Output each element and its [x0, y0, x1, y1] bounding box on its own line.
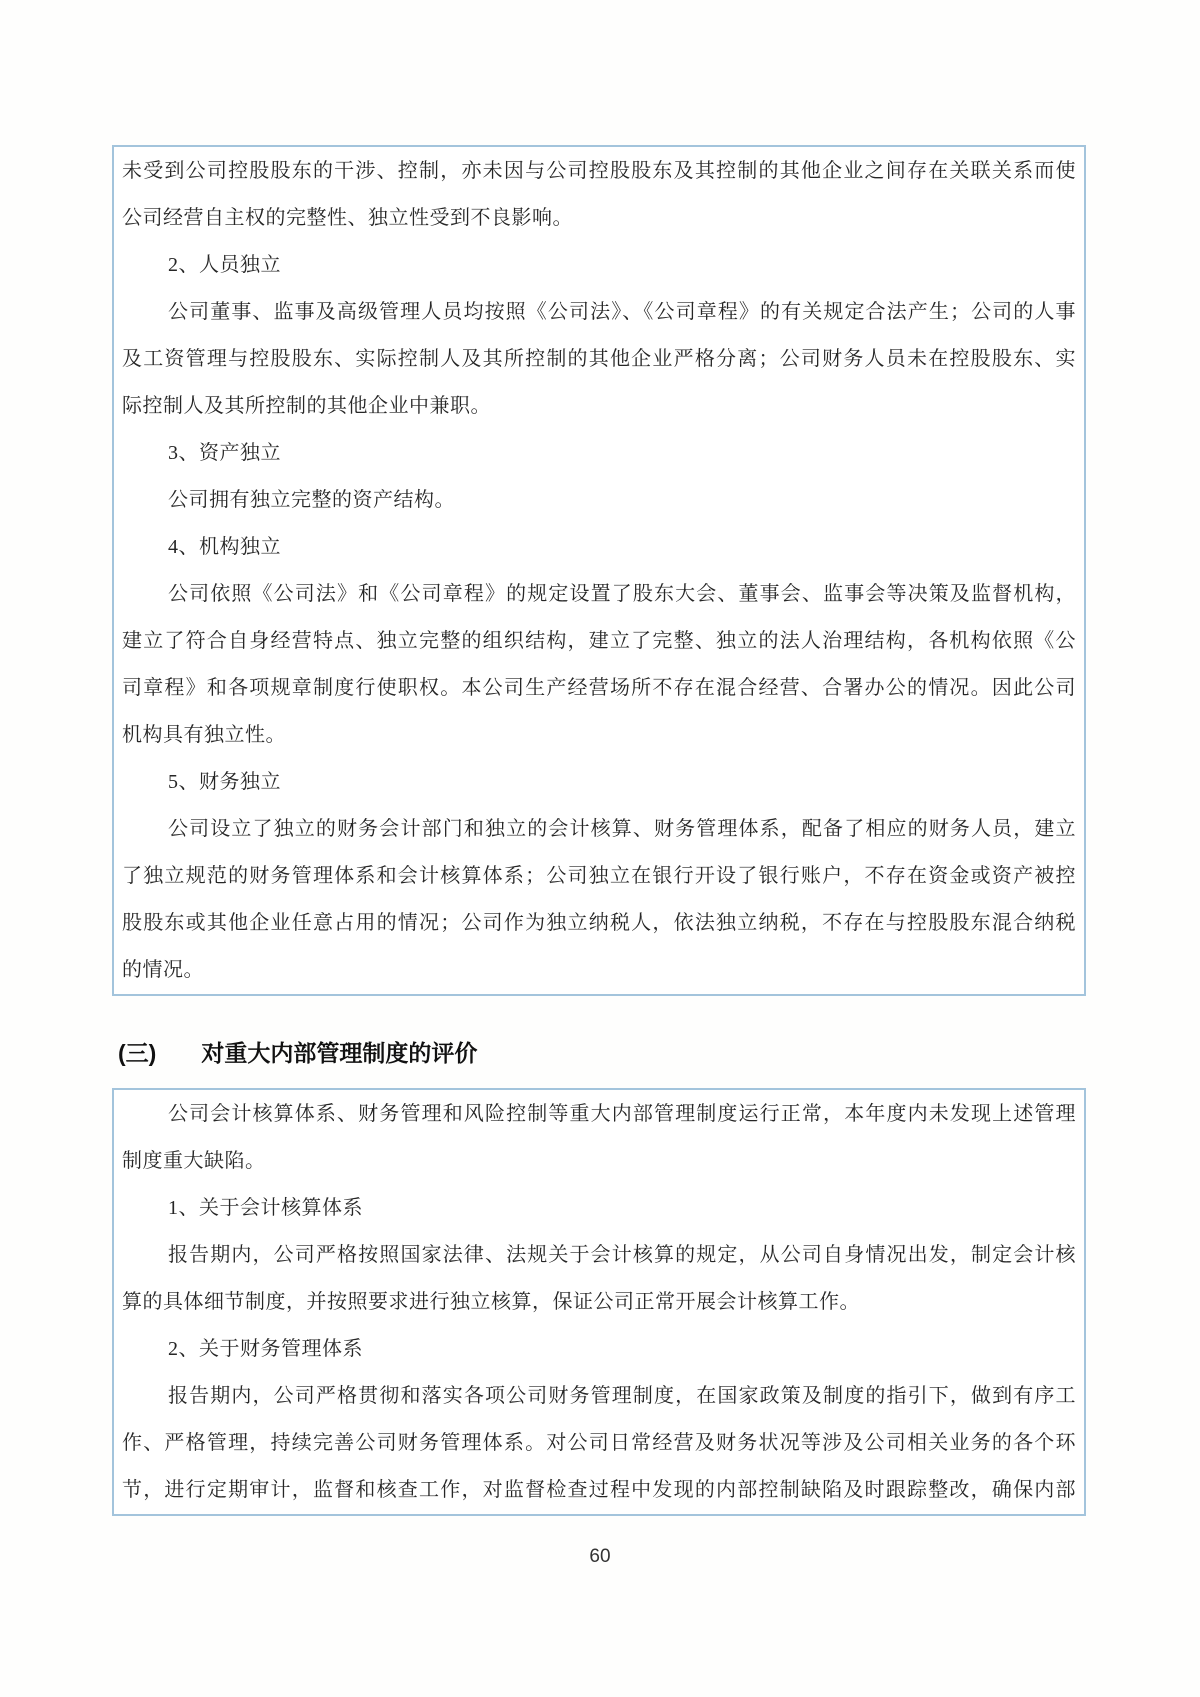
- text-line: 1、关于会计核算体系: [122, 1185, 1076, 1232]
- text-line: 建立了符合自身经营特点、独立完整的组织结构，建立了完整、独立的法人治理结构，各机…: [122, 618, 1076, 665]
- section-heading: (三)对重大内部管理制度的评价: [118, 1036, 477, 1070]
- text-line: 公司设立了独立的财务会计部门和独立的会计核算、财务管理体系，配备了相应的财务人员…: [122, 806, 1076, 853]
- text-line: 公司经营自主权的完整性、独立性受到不良影响。: [122, 195, 1076, 242]
- text-line: 机构具有独立性。: [122, 712, 1076, 759]
- text-line: 报告期内，公司严格按照国家法律、法规关于会计核算的规定，从公司自身情况出发，制定…: [122, 1232, 1076, 1279]
- text-line: 5、财务独立: [122, 759, 1076, 806]
- text-line: 4、机构独立: [122, 524, 1076, 571]
- text-line: 作、严格管理，持续完善公司财务管理体系。对公司日常经营及财务状况等涉及公司相关业…: [122, 1420, 1076, 1467]
- text-line: 2、关于财务管理体系: [122, 1326, 1076, 1373]
- text-line: 未受到公司控股股东的干涉、控制，亦未因与公司控股股东及其控制的其他企业之间存在关…: [122, 148, 1076, 195]
- text-line: 了独立规范的财务管理体系和会计核算体系；公司独立在银行开设了银行账户，不存在资金…: [122, 853, 1076, 900]
- independence-statement-box: 未受到公司控股股东的干涉、控制，亦未因与公司控股股东及其控制的其他企业之间存在关…: [112, 145, 1086, 996]
- text-line: 2、人员独立: [122, 242, 1076, 289]
- text-line: 股股东或其他企业任意占用的情况；公司作为独立纳税人，依法独立纳税，不存在与控股股…: [122, 900, 1076, 947]
- page-number: 60: [0, 1546, 1200, 1568]
- document-page: 未受到公司控股股东的干涉、控制，亦未因与公司控股股东及其控制的其他企业之间存在关…: [0, 0, 1200, 1697]
- text-line: 的情况。: [122, 947, 1076, 994]
- text-line: 及工资管理与控股股东、实际控制人及其所控制的其他企业严格分离；公司财务人员未在控…: [122, 336, 1076, 383]
- text-line: 公司拥有独立完整的资产结构。: [122, 477, 1076, 524]
- text-line: 制度重大缺陷。: [122, 1138, 1076, 1185]
- text-line: 节，进行定期审计，监督和核查工作，对监督检查过程中发现的内部控制缺陷及时跟踪整改…: [122, 1467, 1076, 1514]
- section-number: (三): [118, 1036, 156, 1070]
- text-line: 司章程》和各项规章制度行使职权。本公司生产经营场所不存在混合经营、合署办公的情况…: [122, 665, 1076, 712]
- text-line: 公司会计核算体系、财务管理和风险控制等重大内部管理制度运行正常，本年度内未发现上…: [122, 1091, 1076, 1138]
- internal-control-evaluation-box: 公司会计核算体系、财务管理和风险控制等重大内部管理制度运行正常，本年度内未发现上…: [112, 1088, 1086, 1516]
- text-line: 公司董事、监事及高级管理人员均按照《公司法》、《公司章程》的有关规定合法产生；公…: [122, 289, 1076, 336]
- text-line: 算的具体细节制度，并按照要求进行独立核算，保证公司正常开展会计核算工作。: [122, 1279, 1076, 1326]
- section-title: 对重大内部管理制度的评价: [201, 1040, 477, 1066]
- text-line: 3、资产独立: [122, 430, 1076, 477]
- text-line: 际控制人及其所控制的其他企业中兼职。: [122, 383, 1076, 430]
- text-line: 公司依照《公司法》和《公司章程》的规定设置了股东大会、董事会、监事会等决策及监督…: [122, 571, 1076, 618]
- text-line: 报告期内，公司严格贯彻和落实各项公司财务管理制度，在国家政策及制度的指引下，做到…: [122, 1373, 1076, 1420]
